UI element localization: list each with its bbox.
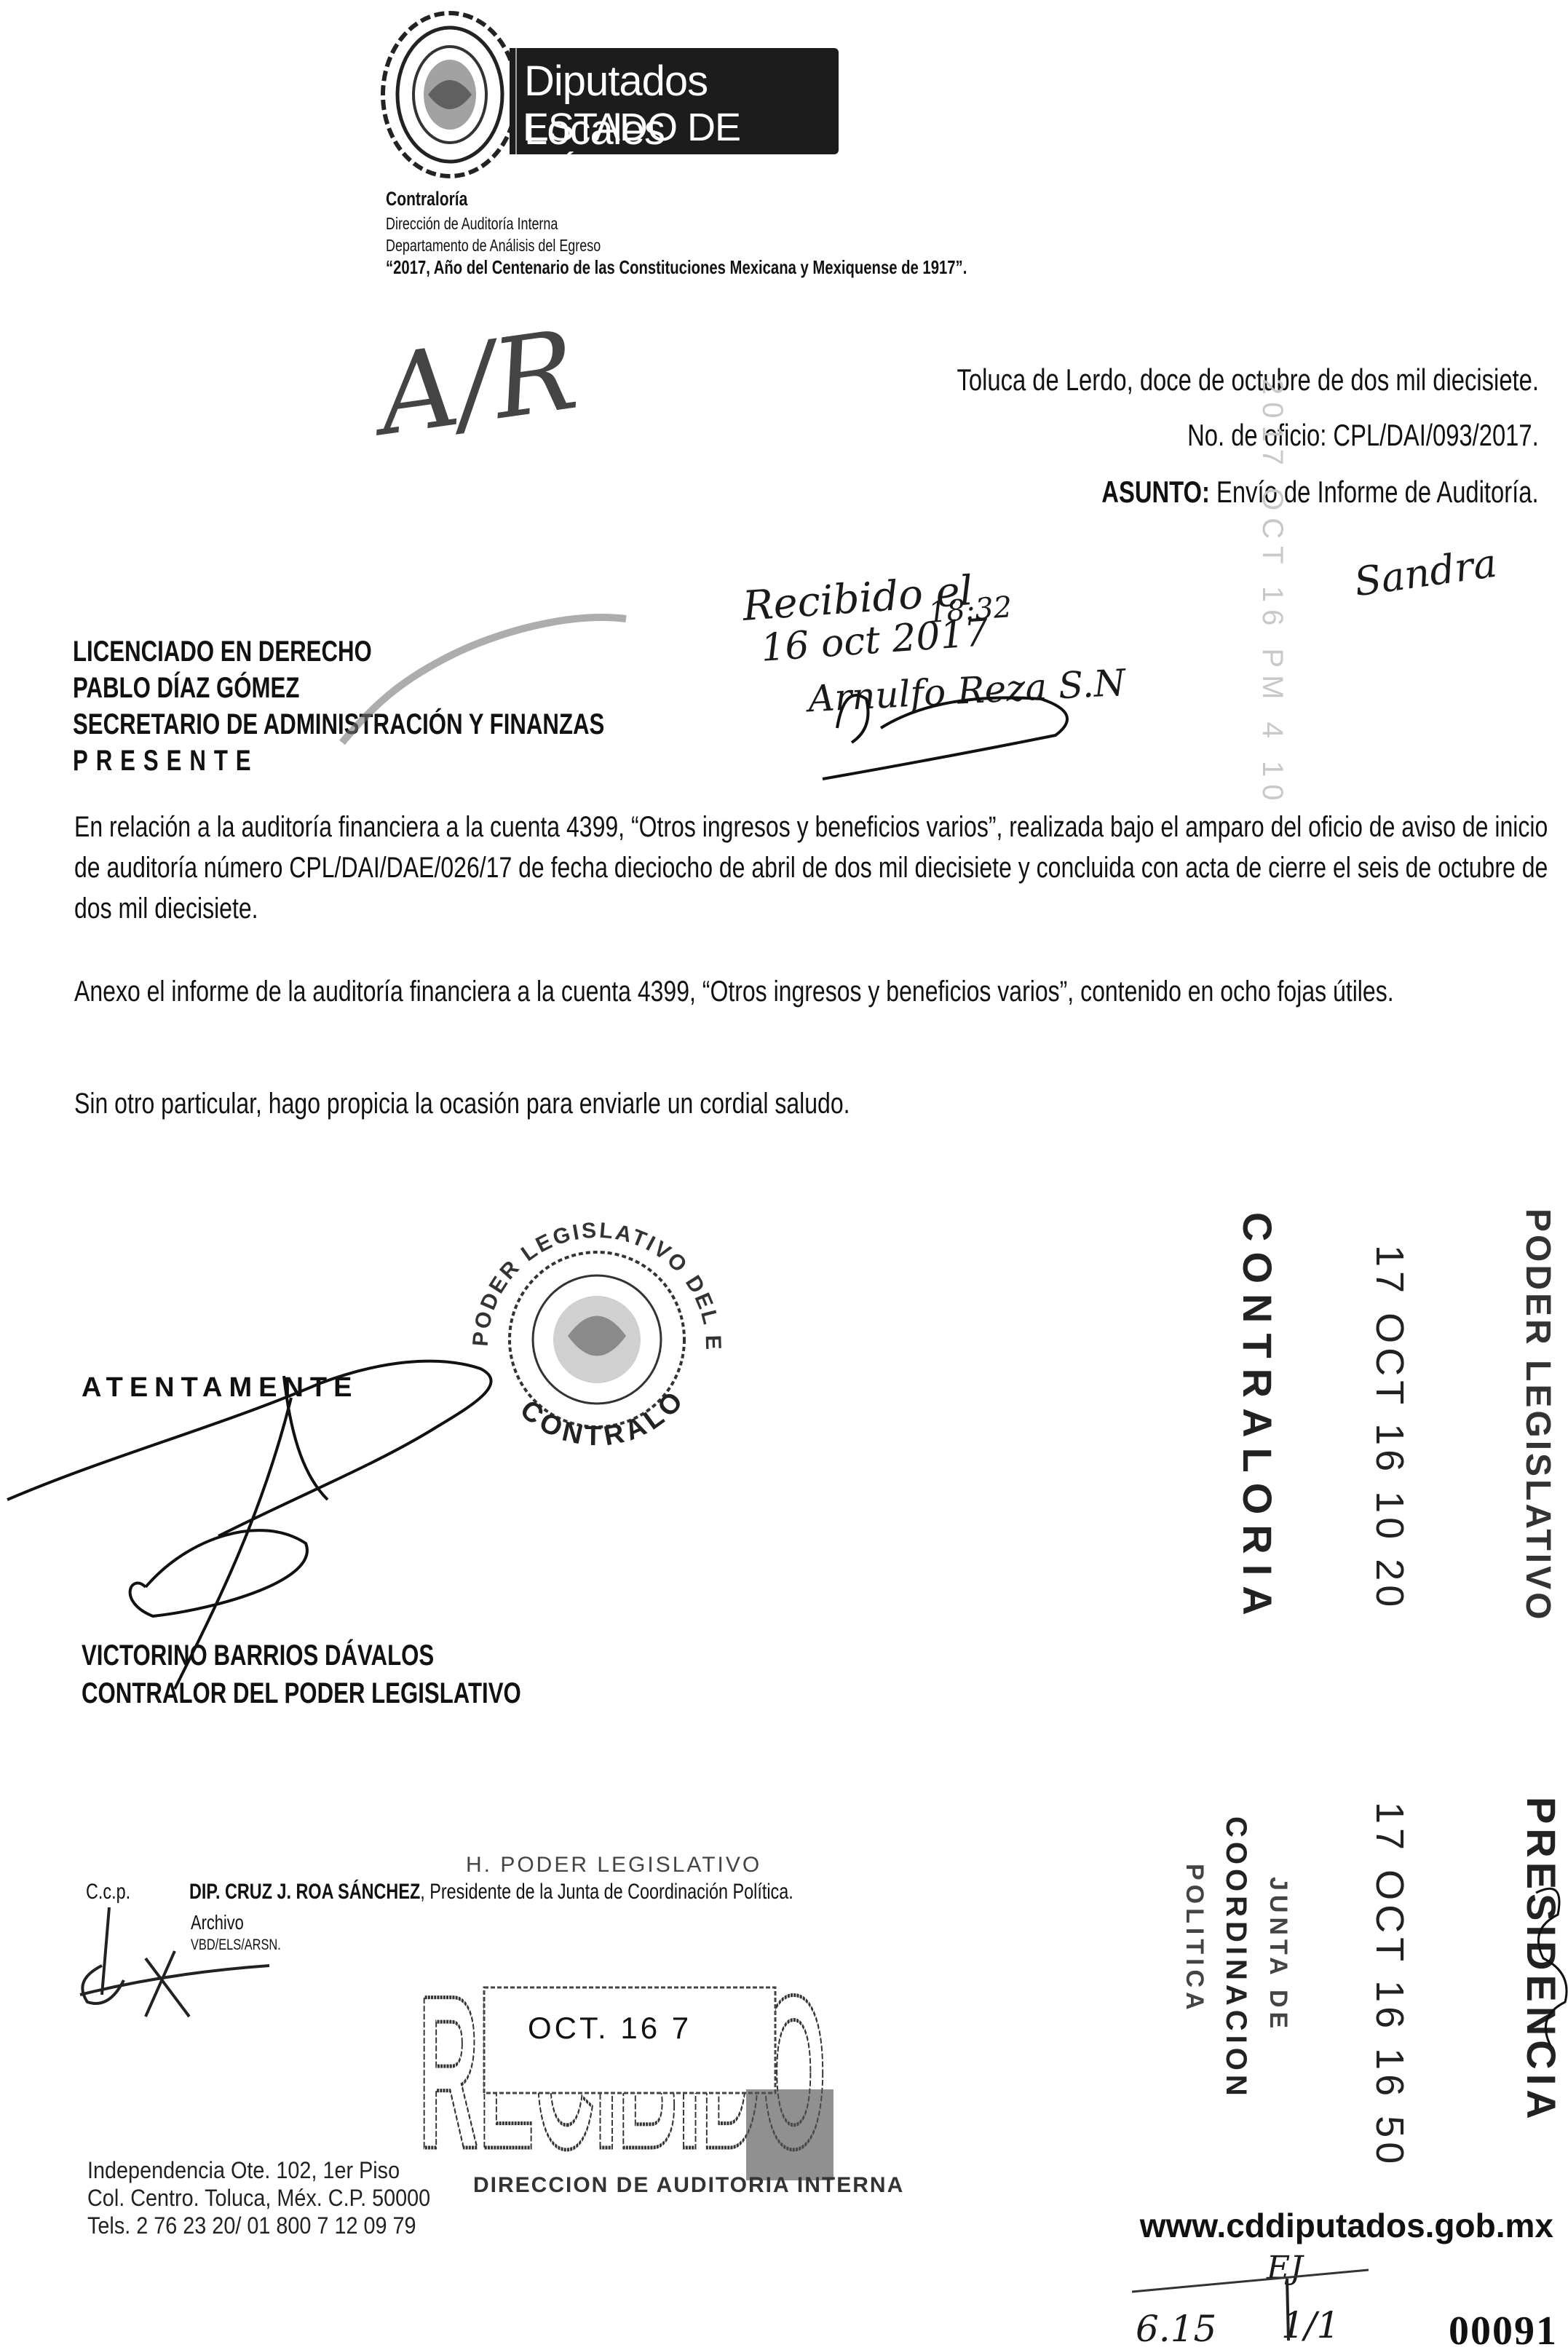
contraloria-stamp-date: 17 OCT 16 10 20 <box>1367 1245 1412 1611</box>
recibido-stamp-footer: DIRECCION DE AUDITORIA INTERNA <box>473 2173 904 2198</box>
logo-banner: Diputados Locales ESTADO DE MÉXICO <box>510 48 839 154</box>
website-link[interactable]: www.cddiputados.gob.mx <box>1140 2206 1553 2245</box>
junta-stamp-line1: JUNTA DE <box>1264 1877 1292 2033</box>
body-paragraph-3: Sin otro particular, hago propicia la oc… <box>74 1083 1565 1124</box>
subdepartment-name: Departamento de Análisis del Egreso <box>386 236 661 256</box>
recipient-block: LICENCIADO EN DERECHO PABLO DÍAZ GÓMEZ S… <box>73 633 754 779</box>
recipient-position: SECRETARIO DE ADMINISTRACIÓN Y FINANZAS <box>73 706 604 743</box>
address-line-3: Tels. 2 76 23 20/ 01 800 7 12 09 79 <box>87 2212 416 2239</box>
handwritten-received-time: 18:32 <box>927 590 1013 630</box>
direction-name: Dirección de Auditoría Interna <box>386 214 606 234</box>
body-paragraph-1: En relación a la auditoría financiera a … <box>74 807 1565 929</box>
handwritten-bottom-initials: EJ <box>1267 2250 1303 2287</box>
presidencia-stamp: PRESIDENCIA <box>1518 1797 1565 2124</box>
folio-number: 00091 <box>1449 2308 1558 2350</box>
presente-label: PRESENTE <box>73 743 259 779</box>
handwritten-initials-top: A/R <box>371 307 584 460</box>
contraloria-seal: PODER LEGISLATIVO DEL ESTADO DE MÉXICO C… <box>437 1179 757 1500</box>
oficio-value: CPL/DAI/093/2017. <box>1334 418 1539 452</box>
cc-recipient-name: DIP. CRUZ J. ROA SÁNCHEZ <box>189 1880 420 1904</box>
address-line-2: Col. Centro. Toluca, Méx. C.P. 50000 <box>87 2184 430 2212</box>
junta-stamp-date: 17 OCT 16 16 50 <box>1367 1802 1412 2168</box>
recibido-stamp: RECIBIDO <box>404 1907 841 2184</box>
closing-salutation: ATENTAMENTE <box>82 1372 358 1404</box>
recibido-stamp-header: H. PODER LEGISLATIVO <box>466 1853 761 1878</box>
oficio-number: No. de oficio: CPL/DAI/093/2017. <box>1088 418 1539 453</box>
cc-recipient: DIP. CRUZ J. ROA SÁNCHEZ, Presidente de … <box>189 1880 964 1904</box>
junta-stamp-line2: COORDINACION <box>1219 1816 1252 2100</box>
handwritten-receiver-name: Arnulfo Reza S.N <box>807 662 1127 721</box>
handwritten-bottom-code: 6.15 <box>1136 2308 1216 2350</box>
handwritten-bottom-fraction: 1/1 <box>1281 2304 1339 2346</box>
place-date: Toluca de Lerdo, doce de octubre de dos … <box>793 363 1539 397</box>
cc-recipient-role: , Presidente de la Junta de Coordinación… <box>420 1880 793 1904</box>
recipient-name: PABLO DÍAZ GÓMEZ <box>73 670 299 706</box>
signer-block: VICTORINO BARRIOS DÁVALOS CONTRALOR DEL … <box>82 1637 645 1712</box>
handwritten-side-name: Sandra <box>1352 540 1500 606</box>
cc-initials: VBD/ELS/ARSN. <box>191 1936 306 1954</box>
body-paragraph-2: Anexo el informe de la auditoría financi… <box>74 971 1565 1012</box>
year-motto: “2017, Año del Centenario de las Constit… <box>386 256 1131 279</box>
contraloria-stamp: CONTRALORIA <box>1234 1212 1281 1626</box>
junta-stamp-line3: POLITICA <box>1180 1864 1208 2014</box>
recipient-title: LICENCIADO EN DERECHO <box>73 633 372 670</box>
signer-title: CONTRALOR DEL PODER LEGISLATIVO <box>82 1674 521 1712</box>
address-line-1: Independencia Ote. 102, 1er Piso <box>87 2156 400 2184</box>
signer-name: VICTORINO BARRIOS DÁVALOS <box>82 1637 434 1674</box>
faint-reception-stamp: 2017 OCT 16 PM 4 10 <box>1256 379 1288 808</box>
asunto-label: ASUNTO: <box>1102 475 1211 509</box>
cc-label: C.c.p. <box>86 1880 143 1904</box>
department-name: Contraloría <box>386 188 491 210</box>
congress-seal-logo <box>377 7 523 182</box>
cc-archive: Archivo <box>191 1911 258 1934</box>
recibido-date: OCT. 16 7 <box>528 2011 692 2046</box>
poder-legislativo-stamp: PODER LEGISLATIVO <box>1518 1208 1558 1622</box>
address-block: Independencia Ote. 102, 1er Piso Col. Ce… <box>87 2156 469 2239</box>
logo-subtitle: ESTADO DE MÉXICO <box>523 105 839 195</box>
